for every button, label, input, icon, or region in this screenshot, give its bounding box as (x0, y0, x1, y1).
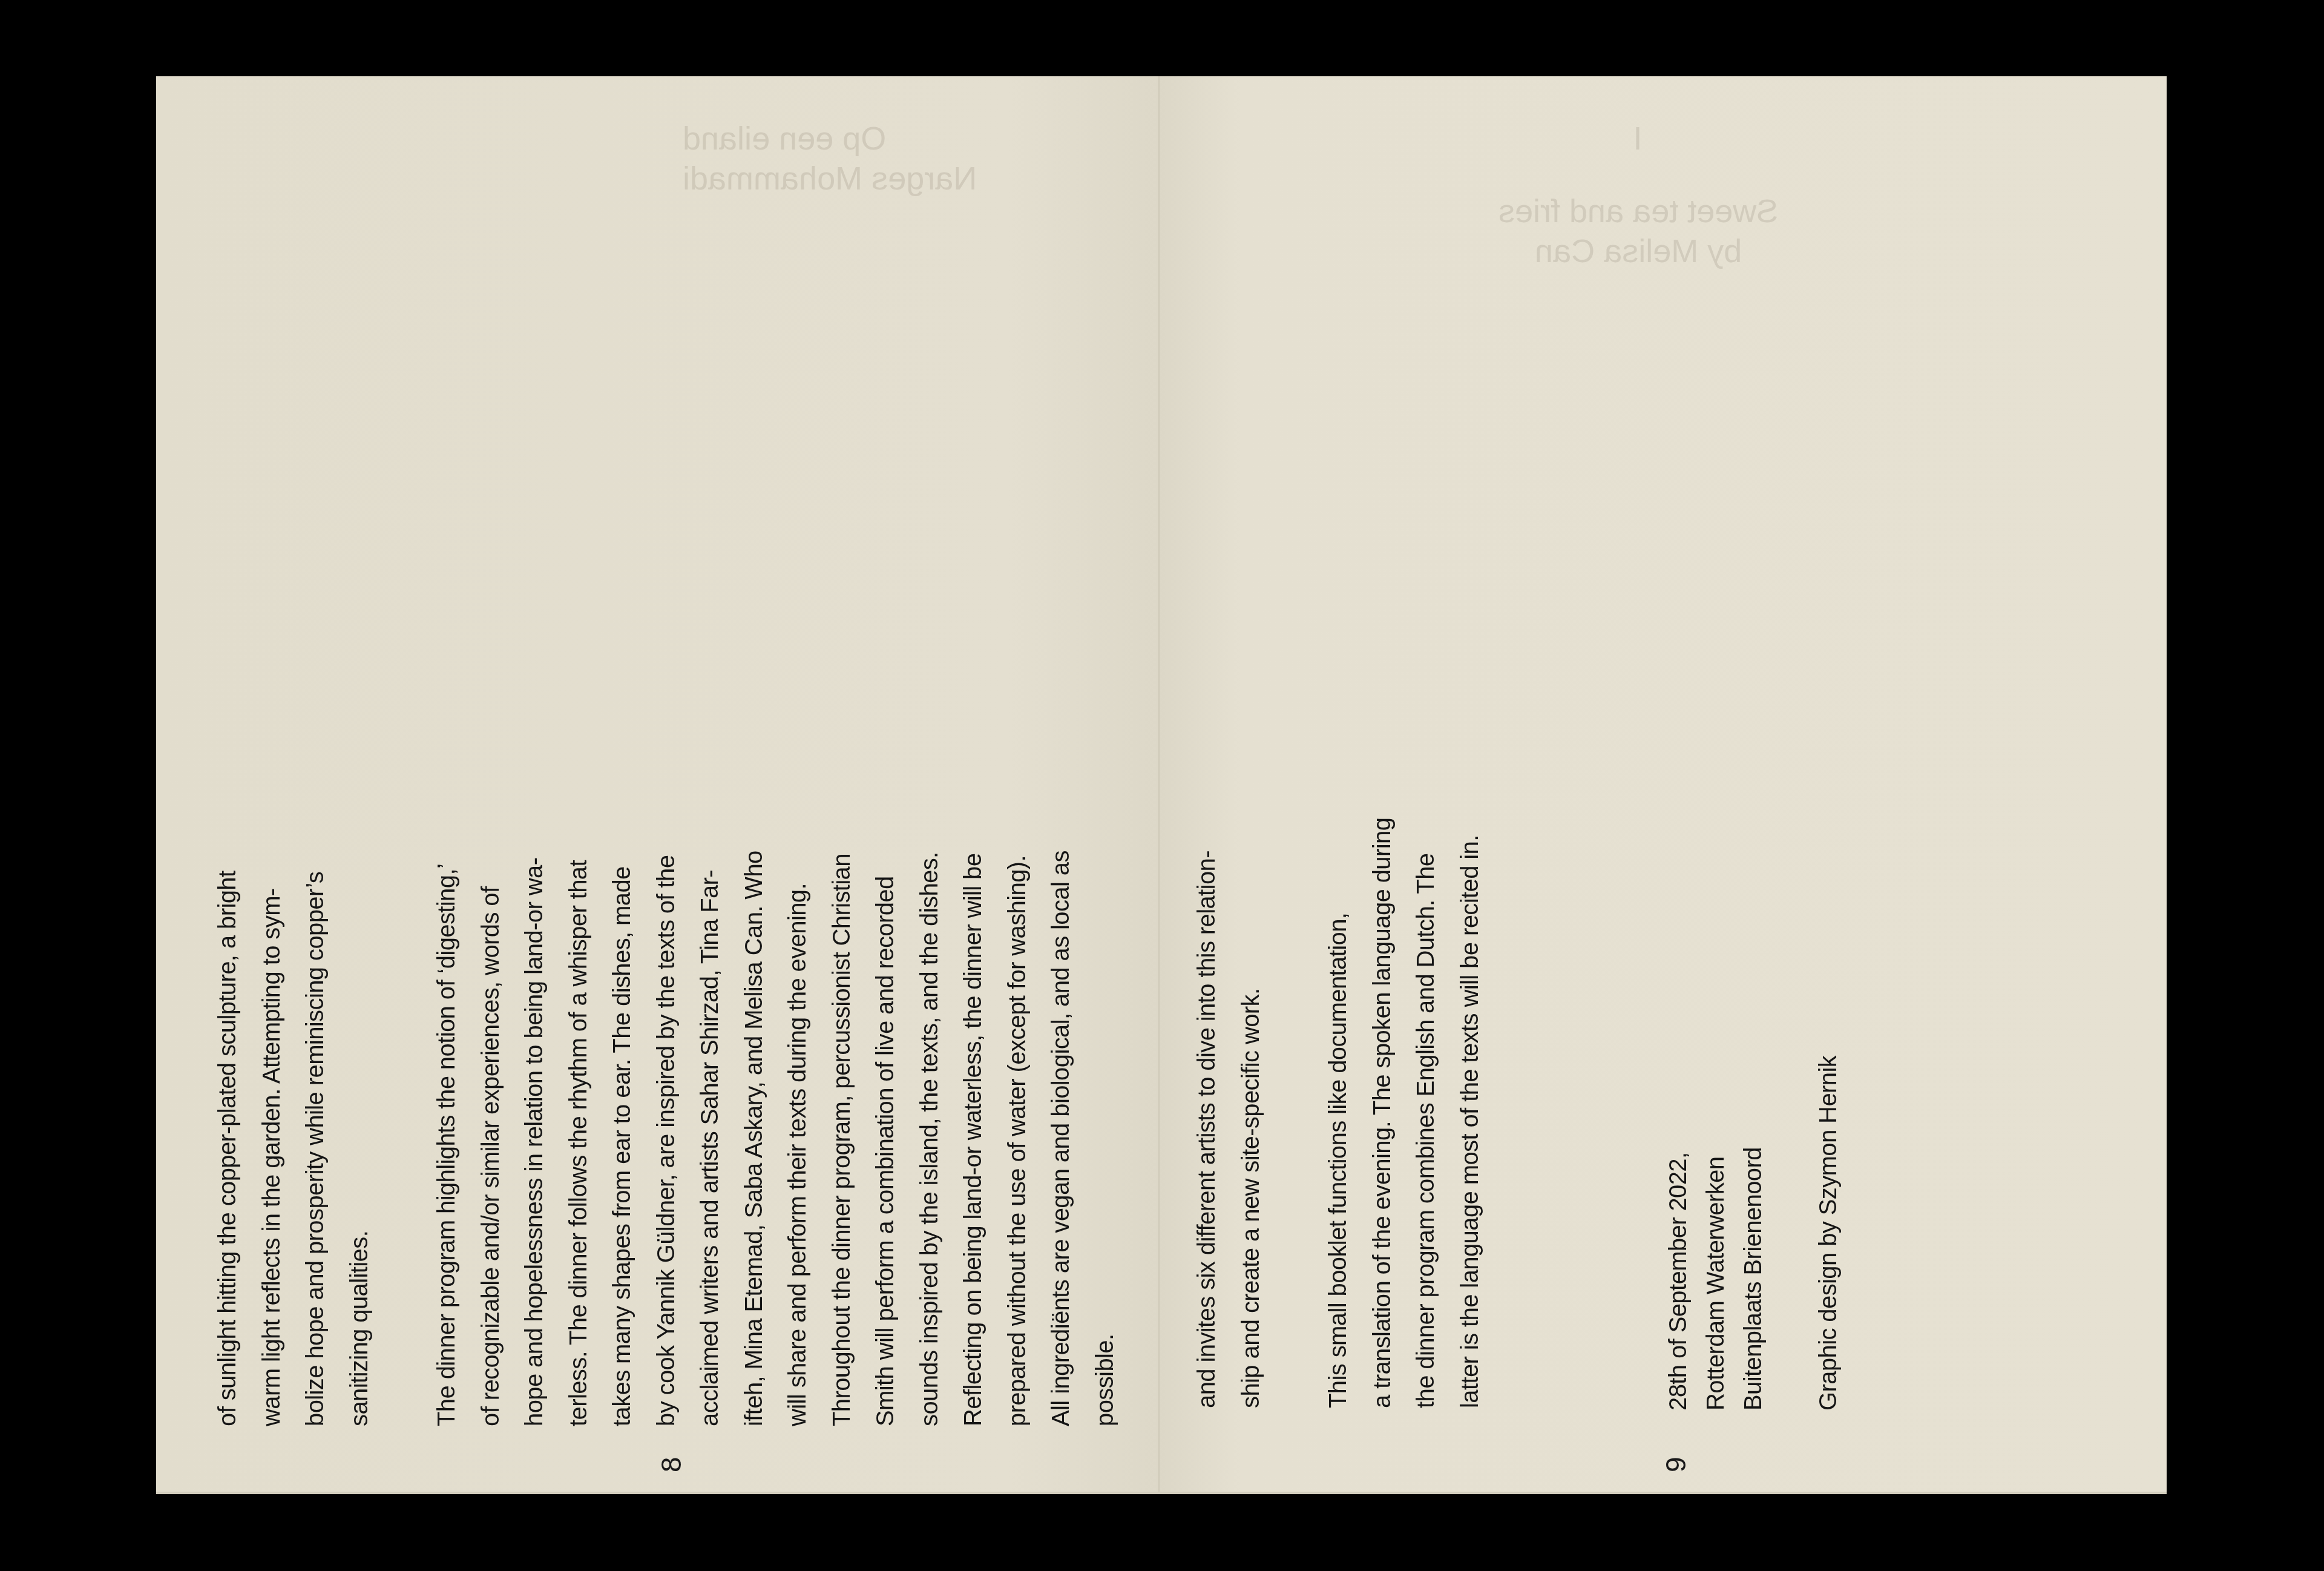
paragraph-2: This small booklet functions like docume… (1316, 818, 1492, 1408)
page-number-right: 9 (1659, 1457, 1692, 1472)
text-line: by cook Yannik Güldner, are inspired by … (645, 851, 689, 1426)
text-line: the dinner program combines English and … (1404, 818, 1448, 1408)
text-line: acclaimed writers and artists Sahar Shir… (688, 851, 732, 1426)
text-line: hope and hopelessness in relation to bei… (513, 851, 557, 1426)
left-page-body: of sunlight hitting the copper-plated sc… (206, 851, 1160, 1426)
page-bottom-edge (156, 1492, 2167, 1494)
paragraph-1: of sunlight hitting the copper-plated sc… (206, 851, 381, 1426)
text-line: Reflecting on being land-or waterless, t… (951, 851, 996, 1426)
show-through-subtitle-right: Sweet tea and fries by Melisa Can (1498, 191, 1778, 271)
text-line: Smith will perform a combination of live… (864, 851, 908, 1426)
text-line: bolize hope and prosperity while reminis… (294, 851, 338, 1426)
text-line: possible. (1083, 851, 1128, 1426)
paragraph-1: and invites six different artists to div… (1185, 818, 1273, 1408)
text-line: prepared without the use of water (excep… (996, 851, 1040, 1426)
colophon-venue: Rotterdam Waterwerken (1697, 1056, 1735, 1411)
page-number-left: 8 (655, 1457, 688, 1472)
text-line: of recognizable and/or similar experienc… (469, 851, 513, 1426)
text-line: sounds inspired by the island, the texts… (908, 851, 952, 1426)
text-line: sanitizing qualities. (338, 851, 382, 1426)
right-page-body: and invites six different artists to div… (1185, 818, 1492, 1408)
booklet-spread: Op een eiland Narges Mohammadi of sunlig… (156, 76, 2167, 1494)
design-credit: Graphic design by Szymon Hernik (1810, 1056, 1847, 1411)
text-line: terless. The dinner follows the rhythm o… (557, 851, 601, 1426)
text-line: warm light reflects in the garden. Attem… (250, 851, 294, 1426)
colophon-date: 28th of September 2022, (1659, 1056, 1697, 1411)
left-page: Op een eiland Narges Mohammadi of sunlig… (156, 76, 1160, 1494)
text-line: of sunlight hitting the copper-plated sc… (206, 851, 250, 1426)
text-line: This small booklet functions like docume… (1316, 818, 1361, 1408)
show-through-title-left: Op een eiland Narges Mohammadi (683, 119, 977, 199)
text-line: will share and perform their texts durin… (776, 851, 820, 1426)
text-line: and invites six different artists to div… (1185, 818, 1229, 1408)
right-page: I Sweet tea and fries by Melisa Can and … (1160, 76, 2167, 1494)
text-line: takes many shapes from ear to ear. The d… (600, 851, 645, 1426)
text-line: ifteh, Mina Etemad, Saba Askary, and Mel… (732, 851, 776, 1426)
text-line: ship and create a new site-specific work… (1229, 818, 1273, 1408)
text-line: All ingrediënts are vegan and biological… (1039, 851, 1083, 1426)
text-line: The dinner program highlights the notion… (425, 851, 469, 1426)
text-line: latter is the language most of the texts… (1448, 818, 1492, 1408)
paragraph-2: The dinner program highlights the notion… (425, 851, 1127, 1426)
colophon: 28th of September 2022, Rotterdam Waterw… (1659, 1056, 1847, 1411)
text-line: Throughout the dinner program, percussio… (820, 851, 864, 1426)
text-line: a translation of the evening. The spoken… (1361, 818, 1405, 1408)
show-through-title-right: I (1547, 119, 1728, 159)
colophon-location: Buitenplaats Brienenoord (1735, 1056, 1772, 1411)
